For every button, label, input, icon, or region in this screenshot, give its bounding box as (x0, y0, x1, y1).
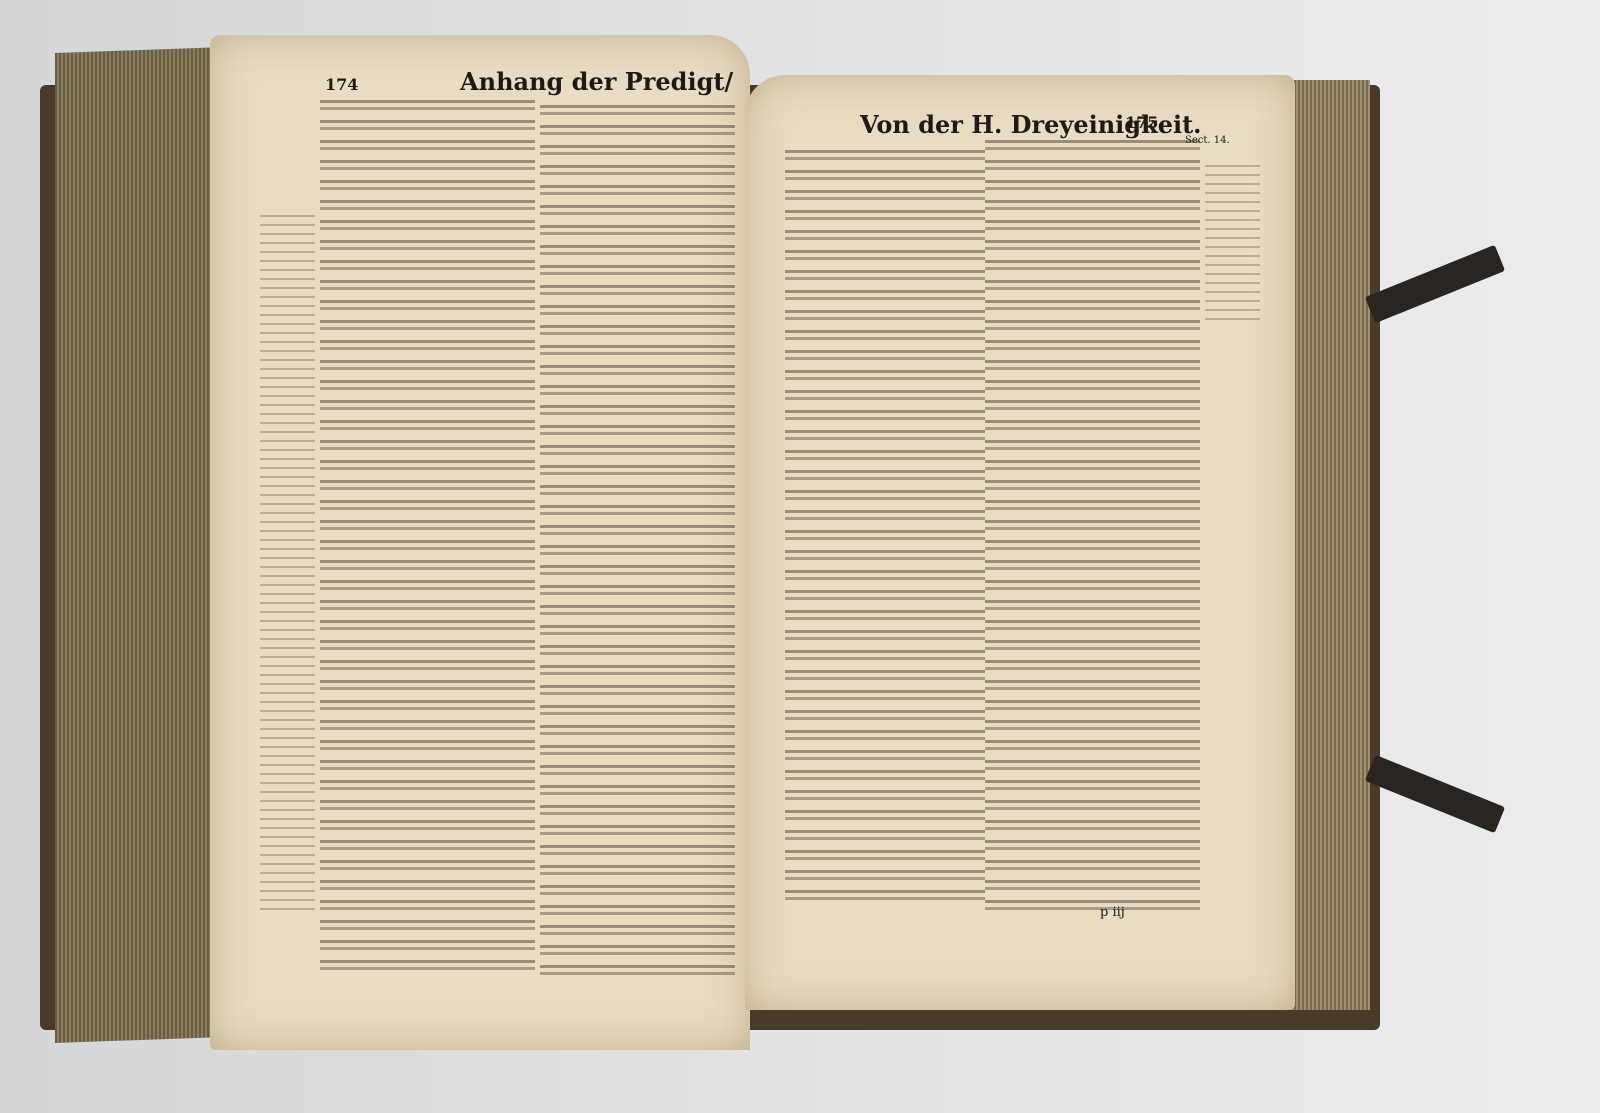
margin-notes (260, 215, 315, 915)
page-edges-left (55, 47, 225, 1043)
margin-notes (1205, 165, 1260, 325)
left-page: 174 Anhang der Predigt/ (210, 35, 750, 1050)
text-column-2 (985, 140, 1200, 910)
page-number: 174 (325, 75, 358, 94)
text-column-2 (540, 105, 735, 975)
text-column-1 (785, 150, 985, 910)
text-column-1 (320, 100, 535, 980)
signature-mark: p iij (1100, 905, 1125, 920)
page-edges-right (1290, 80, 1370, 1010)
right-page: Von der H. Dreyeinigkeit. 175 Sect. 14. … (745, 75, 1295, 1010)
page-number: 175 (1125, 113, 1158, 132)
running-head: Anhang der Predigt/ (460, 67, 733, 96)
